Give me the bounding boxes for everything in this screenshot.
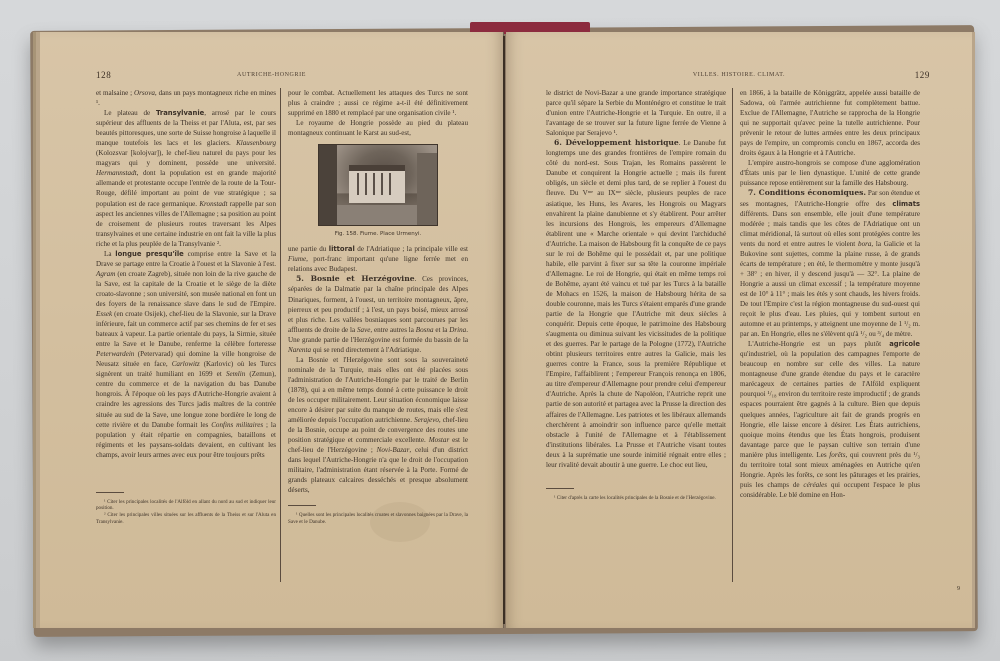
running-head-left: 128 AUTRICHE-HONGRIE (40, 72, 503, 84)
paragraph: une partie du littoral de l'Adriatique ;… (288, 244, 468, 274)
paragraph: Le royaume de Hongrie possède au pied du… (288, 118, 468, 138)
paragraphs: en 1866, à la bataille de Königgrätz, ap… (740, 88, 920, 500)
paragraphs: le district de Novi-Bazar a une grande i… (546, 88, 726, 470)
paragraphs: et malsaine ; Orsova, dans un pays monta… (96, 88, 276, 460)
paragraph: L'Autriche-Hongrie est un pays plutôt ag… (740, 339, 920, 500)
right-page-column-1: le district de Novi-Bazar a une grande i… (546, 88, 726, 501)
paragraph: pour le combat. Actuellement les attaque… (288, 88, 468, 118)
book-gutter (503, 36, 505, 624)
figure-fiume-engraving (318, 144, 438, 226)
paragraph: 5. Bosnie et Herzégovine. Ces provinces,… (288, 274, 468, 354)
left-page-column-2: pour le combat. Actuellement les attaque… (288, 88, 468, 526)
running-head-title-left: AUTRICHE-HONGRIE (40, 72, 503, 78)
footnote: ¹ Citer d'après la carte les localités p… (546, 495, 726, 502)
right-page: VILLES. HISTOIRE. CLIMAT. 129 le distric… (506, 32, 972, 628)
paragraph: L'empire austro-hongrois se compose d'un… (740, 158, 920, 188)
paragraph: en 1866, à la bataille de Königgrätz, ap… (740, 88, 920, 158)
paragraph: 7. Conditions économiques. Par son étend… (740, 188, 920, 339)
right-page-column-2: en 1866, à la bataille de Königgrätz, ap… (740, 88, 920, 500)
left-page-column-1: et malsaine ; Orsova, dans un pays monta… (96, 88, 276, 525)
footnote: ² Citer les principales villes situées s… (96, 512, 276, 525)
figure-caption: Fig. 158. Fiume. Place Urmenyi. (288, 229, 468, 239)
paragraph: et malsaine ; Orsova, dans un pays monta… (96, 88, 276, 108)
footnote-rule (288, 505, 316, 506)
signature-mark: 9 (957, 586, 960, 592)
paragraph: La longue presqu'île comprise entre la S… (96, 249, 276, 460)
column-divider (732, 88, 733, 582)
footnote-rule (96, 492, 124, 493)
paragraphs-after-figure: une partie du littoral de l'Adriatique ;… (288, 244, 468, 495)
footnotes: ¹ Quelles sont les principales localités… (288, 512, 468, 525)
paragraph: Le plateau de Transylvanie, arrosé par l… (96, 108, 276, 249)
paragraph: 6. Développement historique. Le Danube f… (546, 138, 726, 470)
paragraph: le district de Novi-Bazar a une grande i… (546, 88, 726, 138)
column-divider (280, 88, 281, 582)
footnotes: ¹ Citer les principales localités de l'A… (96, 499, 276, 525)
left-page: 128 AUTRICHE-HONGRIE et malsaine ; Orsov… (40, 32, 504, 628)
running-head-right: VILLES. HISTOIRE. CLIMAT. 129 (506, 72, 972, 84)
footnote-rule (546, 488, 574, 489)
footnotes: ¹ Citer d'après la carte les localités p… (546, 495, 726, 502)
footnote: ¹ Quelles sont les principales localités… (288, 512, 468, 525)
footnote: ¹ Citer les principales localités de l'A… (96, 499, 276, 512)
page-number-right: 129 (915, 70, 930, 80)
paragraphs-before-figure: pour le combat. Actuellement les attaque… (288, 88, 468, 138)
paragraph: La Bosnie et l'Herzégovine sont sous la … (288, 355, 468, 496)
running-head-title-right: VILLES. HISTOIRE. CLIMAT. (506, 72, 972, 78)
